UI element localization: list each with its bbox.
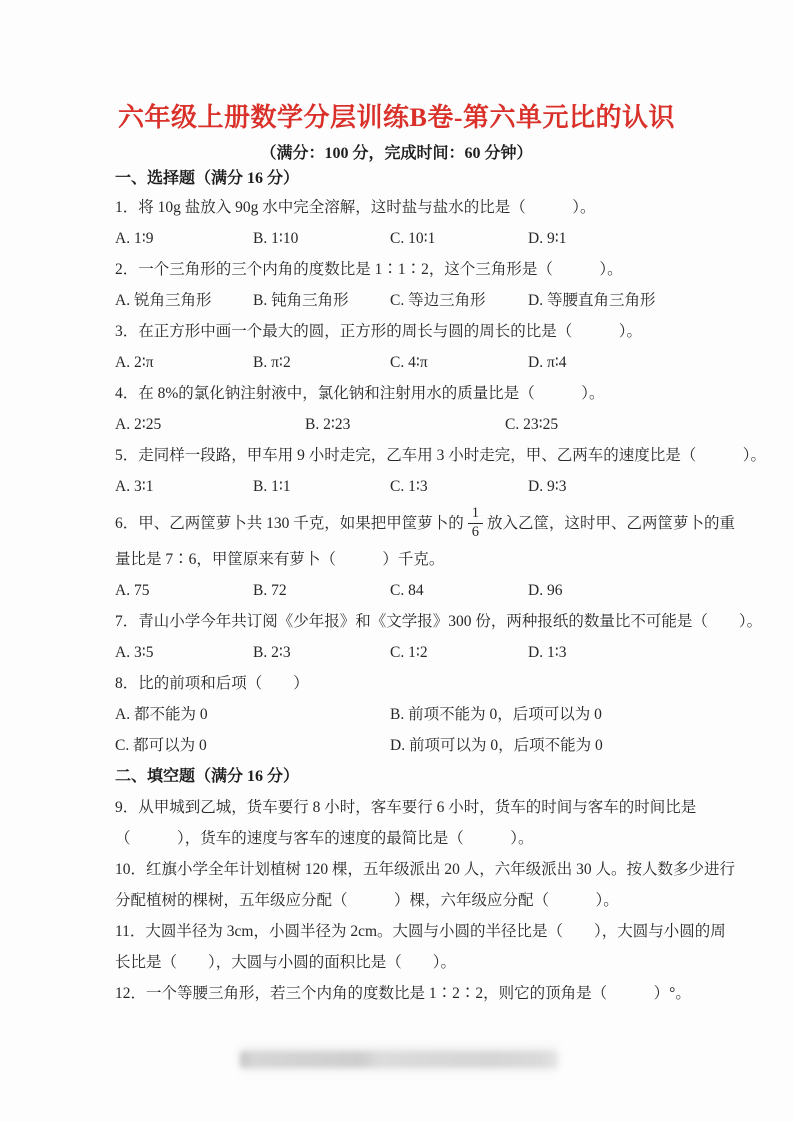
option-4c: C. 23∶25 — [505, 409, 558, 440]
question-3-options: A. 2∶π B. π∶2 C. 4∶π D. π∶4 — [115, 347, 703, 378]
option-5b: B. 1∶1 — [253, 471, 390, 502]
option-6d: D. 96 — [528, 575, 562, 606]
option-7d: D. 1∶3 — [528, 637, 566, 668]
section-heading-fill: 二、填空题（满分 16 分） — [115, 761, 703, 792]
question-7-options: A. 3∶5 B. 2∶3 C. 1∶2 D. 1∶3 — [115, 637, 703, 668]
option-7c: C. 1∶2 — [390, 637, 528, 668]
option-8c: C. 都可以为 0 — [115, 730, 390, 761]
question-4-text: 4．在 8%的氯化钠注射液中，氯化钠和注射用水的质量比是（ ）。 — [115, 378, 703, 409]
option-8a: A. 都不能为 0 — [115, 699, 390, 730]
question-6-pre: 6．甲、乙两筐萝卜共 130 千克，如果把甲筐萝卜的 — [115, 508, 464, 539]
option-3b: B. π∶2 — [253, 347, 390, 378]
question-8-options-row1: A. 都不能为 0 B. 前项不能为 0，后项可以为 0 — [115, 699, 703, 730]
question-1-text: 1．将 10g 盐放入 90g 水中完全溶解，这时盐与盐水的比是（ ）。 — [115, 192, 703, 223]
option-6c: C. 84 — [390, 575, 528, 606]
option-5d: D. 9∶3 — [528, 471, 566, 502]
option-1b: B. 1∶10 — [253, 223, 390, 254]
option-3d: D. π∶4 — [528, 347, 567, 378]
option-2b: B. 钝角三角形 — [253, 285, 390, 316]
question-7-text: 7．青山小学今年共订阅《少年报》和《文学报》300 份，两种报纸的数量比不可能是… — [115, 606, 703, 637]
question-6-options: A. 75 B. 72 C. 84 D. 96 — [115, 575, 703, 606]
question-8-text: 8．比的前项和后项（ ） — [115, 668, 703, 699]
question-6-text-line1: 6．甲、乙两筐萝卜共 130 千克，如果把甲筐萝卜的 1 6 放入乙筐，这时甲、… — [115, 502, 703, 544]
option-3c: C. 4∶π — [390, 347, 528, 378]
question-5-options: A. 3∶1 B. 1∶1 C. 1∶3 D. 9∶3 — [115, 471, 703, 502]
fraction-denominator: 6 — [468, 524, 483, 540]
question-4-options: A. 2∶25 B. 2∶23 C. 23∶25 — [115, 409, 703, 440]
question-3-text: 3．在正方形中画一个最大的圆，正方形的周长与圆的周长的比是（ ）。 — [115, 316, 703, 347]
question-2-options: A. 锐角三角形 B. 钝角三角形 C. 等边三角形 D. 等腰直角三角形 — [115, 285, 703, 316]
question-2-text: 2．一个三角形的三个内角的度数比是 1∶1∶2，这个三角形是（ ）。 — [115, 254, 703, 285]
option-2c: C. 等边三角形 — [390, 285, 528, 316]
option-7a: A. 3∶5 — [115, 637, 253, 668]
option-4b: B. 2∶23 — [305, 409, 505, 440]
exam-body: 一、选择题（满分 16 分） 1．将 10g 盐放入 90g 水中完全溶解，这时… — [0, 166, 793, 1009]
question-12-text: 12．一个等腰三角形，若三个内角的度数比是 1∶2∶2，则它的顶角是（ ）°。 — [115, 978, 703, 1009]
question-10-text-line1: 10．红旗小学全年计划植树 120 棵，五年级派出 20 人，六年级派出 30 … — [115, 854, 703, 885]
option-2a: A. 锐角三角形 — [115, 285, 253, 316]
question-6-text-line2: 量比是 7∶6，甲筐原来有萝卜（ ）千克。 — [115, 544, 703, 575]
option-1c: C. 10∶1 — [390, 223, 528, 254]
fraction-numerator: 1 — [468, 506, 483, 523]
question-5-text: 5．走同样一段路，甲车用 9 小时走完，乙车用 3 小时走完，甲、乙两车的速度比… — [115, 440, 703, 471]
option-4a: A. 2∶25 — [115, 409, 305, 440]
option-8d: D. 前项可以为 0，后项不能为 0 — [390, 730, 603, 761]
option-5c: C. 1∶3 — [390, 471, 528, 502]
question-1-options: A. 1∶9 B. 1∶10 C. 10∶1 D. 9∶1 — [115, 223, 703, 254]
question-8-options-row2: C. 都可以为 0 D. 前项可以为 0，后项不能为 0 — [115, 730, 703, 761]
option-2d: D. 等腰直角三角形 — [528, 285, 655, 316]
question-9-text-line2: （ ），货车的速度与客车的速度的最简比是（ ）。 — [115, 823, 703, 854]
option-1d: D. 9∶1 — [528, 223, 566, 254]
question-10-text-line2: 分配植树的棵树，五年级应分配（ ）棵，六年级应分配（ ）。 — [115, 885, 703, 916]
question-9-text-line1: 9．从甲城到乙城，货车要行 8 小时，客车要行 6 小时，货车的时间与客车的时间… — [115, 792, 703, 823]
blurred-watermark — [240, 1051, 558, 1068]
exam-page: 六年级上册数学分层训练B卷-第六单元比的认识 （满分：100 分，完成时间：60… — [0, 0, 793, 1122]
option-7b: B. 2∶3 — [253, 637, 390, 668]
question-6-post: 放入乙筐，这时甲、乙两筐萝卜的重 — [487, 508, 735, 539]
page-title: 六年级上册数学分层训练B卷-第六单元比的认识 — [0, 100, 793, 136]
option-6b: B. 72 — [253, 575, 390, 606]
question-11-text-line2: 长比是（ ），大圆与小圆的面积比是（ ）。 — [115, 947, 703, 978]
question-11-text-line1: 11．大圆半径为 3cm，小圆半径为 2cm。大圆与小圆的半径比是（ ），大圆与… — [115, 916, 703, 947]
option-5a: A. 3∶1 — [115, 471, 253, 502]
section-heading-choice: 一、选择题（满分 16 分） — [115, 166, 703, 192]
option-3a: A. 2∶π — [115, 347, 253, 378]
option-8b: B. 前项不能为 0，后项可以为 0 — [390, 699, 602, 730]
option-1a: A. 1∶9 — [115, 223, 253, 254]
fraction-one-sixth: 1 6 — [468, 506, 483, 539]
option-6a: A. 75 — [115, 575, 253, 606]
exam-meta-line: （满分：100 分，完成时间：60 分钟） — [0, 142, 793, 166]
